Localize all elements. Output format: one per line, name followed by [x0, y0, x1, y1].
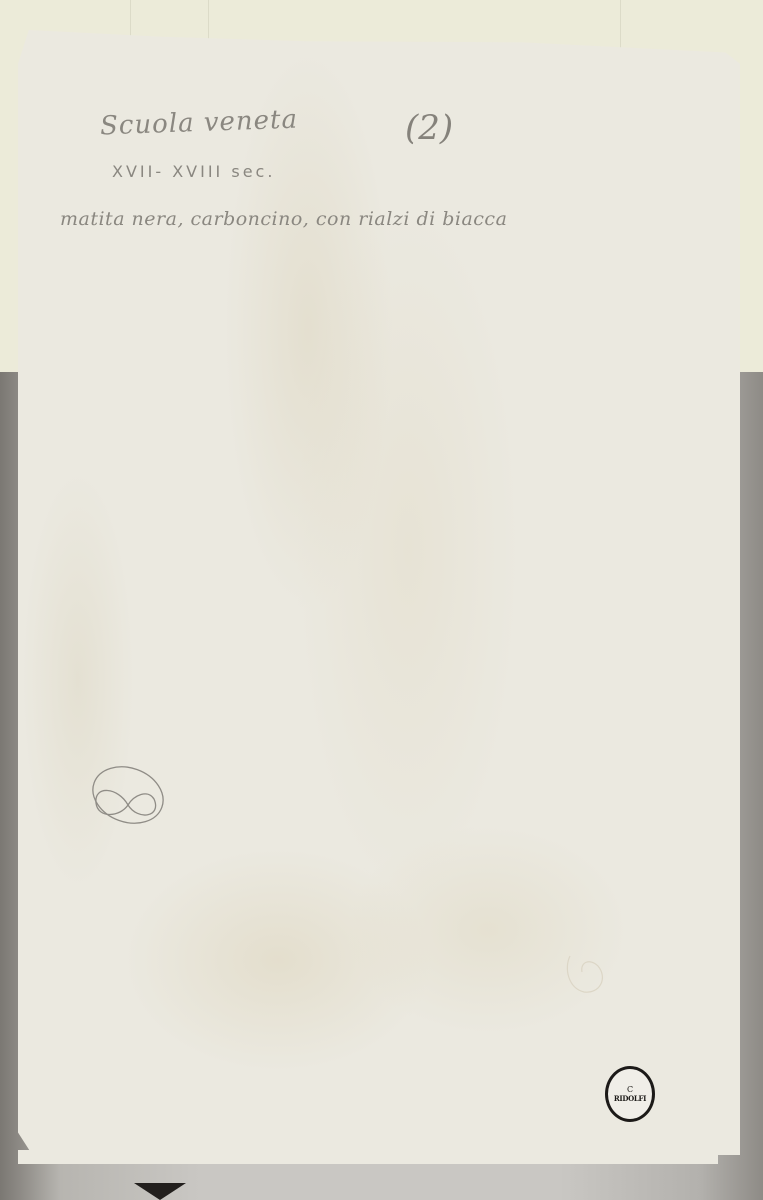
infinity-loop-icon — [88, 765, 168, 830]
paper-sheet — [18, 30, 740, 1155]
mount-corner-triangle — [134, 1183, 186, 1200]
inscription-number: (2) — [405, 108, 453, 148]
collector-stamp: C RIDOLFI — [605, 1066, 655, 1122]
inscription-medium: matita nera, carboncino, con rialzi di b… — [60, 208, 507, 230]
inscription-century: XVII- XVIII sec. — [112, 162, 275, 181]
stamp-initial: C — [627, 1085, 633, 1094]
stamp-name: RIDOLFI — [614, 1094, 646, 1103]
paper-sheet-bottom-edge — [18, 1150, 718, 1164]
faint-oval-mark-icon — [560, 948, 610, 996]
